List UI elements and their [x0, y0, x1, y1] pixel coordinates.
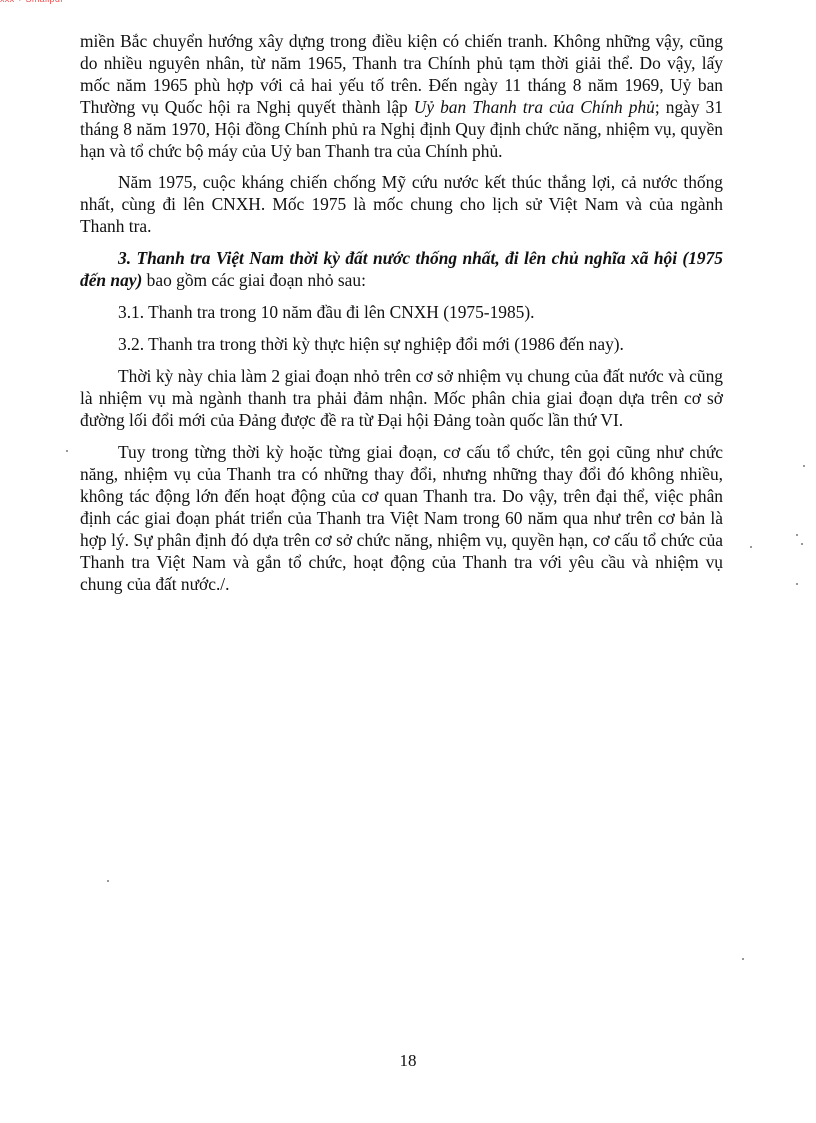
- watermark-text: xxx + Smallpdf: [0, 0, 63, 4]
- list-item-3-1: 3.1. Thanh tra trong 10 năm đầu đi lên C…: [80, 301, 723, 323]
- scan-speck: [796, 583, 798, 585]
- section-3-intro: bao gồm các giai đoạn nhỏ sau:: [142, 270, 366, 290]
- list-item-3-2: 3.2. Thanh tra trong thời kỳ thực hiện s…: [80, 333, 723, 355]
- paragraph-4: Thời kỳ này chia làm 2 giai đoạn nhỏ trê…: [80, 365, 723, 431]
- paragraph-2: Năm 1975, cuộc kháng chiến chống Mỹ cứu …: [80, 171, 723, 237]
- section-3-heading-paragraph: 3. Thanh tra Việt Nam thời kỳ đất nước t…: [80, 247, 723, 291]
- scan-speck: [796, 534, 798, 536]
- scan-speck: [66, 450, 68, 452]
- scan-speck: [801, 543, 803, 545]
- scan-speck: [803, 465, 805, 467]
- page-number: 18: [0, 1051, 816, 1071]
- paragraph-5: Tuy trong từng thời kỳ hoặc từng giai đo…: [80, 441, 723, 595]
- scan-speck: [750, 546, 752, 548]
- scan-speck: [107, 880, 109, 882]
- document-body: miền Bắc chuyển hướng xây dựng trong điề…: [80, 30, 723, 595]
- paragraph-1-italic-term: Uỷ ban Thanh tra của Chính phủ: [414, 97, 655, 117]
- scan-speck: [742, 958, 744, 960]
- paragraph-1: miền Bắc chuyển hướng xây dựng trong điề…: [80, 30, 723, 162]
